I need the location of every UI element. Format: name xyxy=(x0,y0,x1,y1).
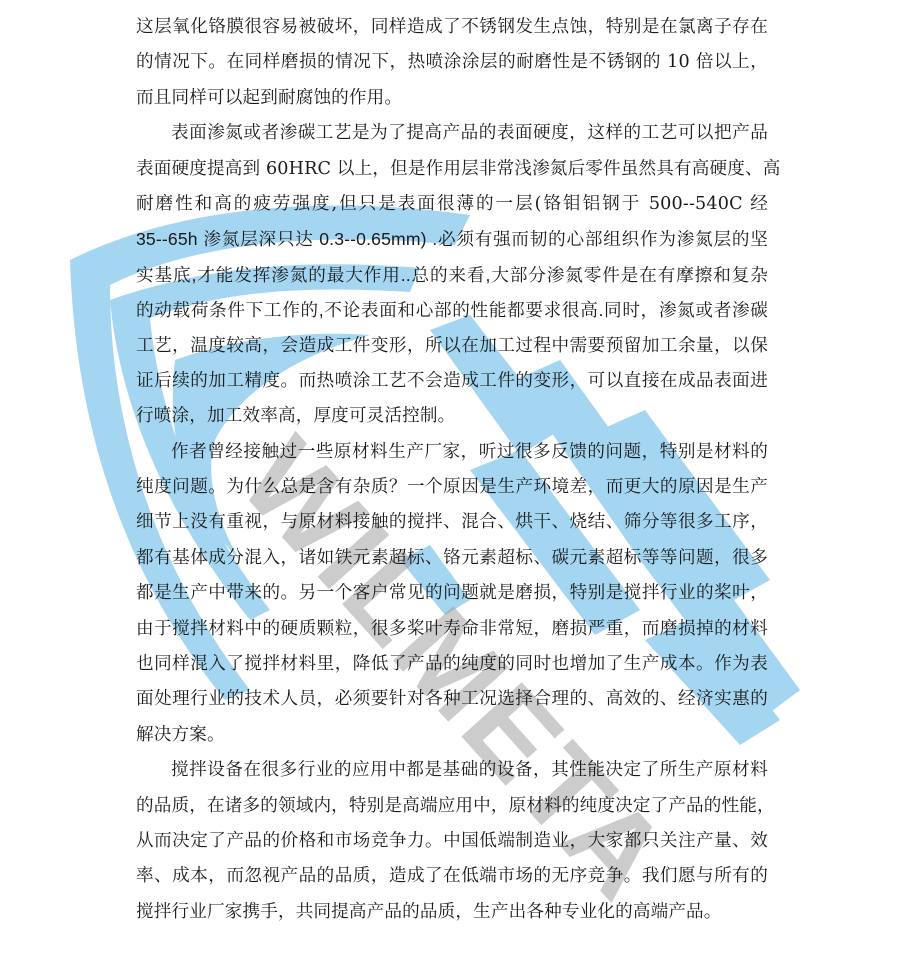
text-line: 耐磨性和高的疲劳强度,但只是表面很薄的一层(铬钼铝钢于 500--540C 经 xyxy=(136,187,768,222)
text-line: 都有基体成分混入，诸如铁元素超标、铬元素超标、碳元素超标等等问题，很多 xyxy=(136,541,768,576)
paragraph-2: 表面渗氮或者渗碳工艺是为了提高产品的表面硬度，这样的工艺可以把产品 表面硬度提高… xyxy=(136,116,768,435)
text-line: 而且同样可以起到耐腐蚀的作用。 xyxy=(136,81,768,116)
text-line: 都是生产中带来的。另一个客户常见的问题就是磨损，特别是搅拌行业的桨叶， xyxy=(136,576,768,611)
text-line: 搅拌行业厂家携手，共同提高产品的品质，生产出各种专业化的高端产品。 xyxy=(136,895,768,930)
text-line: 35--65h 渗氮层深只达 0.3--0.65mm) .必须有强而韧的心部组织… xyxy=(136,222,768,257)
text-line: 表面硬度提高到 60HRC 以上，但是作用层非常浅渗氮后零件虽然具有高硬度、高 xyxy=(136,152,768,187)
text-line: 作者曾经接触过一些原材料生产厂家，听过很多反馈的问题，特别是材料的 xyxy=(136,435,768,470)
text-line: 从而决定了产品的价格和市场竞争力。中国低端制造业，大家都只关注产量、效 xyxy=(136,824,768,859)
text-line: 工艺，温度较高，会造成工件变形，所以在加工过程中需要预留加工余量，以保 xyxy=(136,329,768,364)
text-line: 率、成本，而忽视产品的品质，造成了在低端市场的无序竞争。我们愿与所有的 xyxy=(136,859,768,894)
text-line: 搅拌设备在很多行业的应用中都是基础的设备，其性能决定了所生产原材料 xyxy=(136,753,768,788)
text-line: 证后续的加工精度。而热喷涂工艺不会造成工件的变形，可以直接在成品表面进 xyxy=(136,364,768,399)
text-line: 这层氧化铬膜很容易被破坏，同样造成了不锈钢发生点蚀，特别是在氯离子存在 xyxy=(136,10,768,45)
text-line: 细节上没有重视，与原材料接触的搅拌、混合、烘干、烧结、筛分等很多工序， xyxy=(136,505,768,540)
text-line: 的品质，在诸多的领域内，特别是高端应用中，原材料的纯度决定了产品的性能， xyxy=(136,789,768,824)
paragraph-3: 作者曾经接触过一些原材料生产厂家，听过很多反馈的问题，特别是材料的 纯度问题。为… xyxy=(136,435,768,754)
text-line: 实基底,才能发挥渗氮的最大作用..总的来看,大部分渗氮零件是在有摩擦和复杂 xyxy=(136,258,768,293)
text-line: 解决方案。 xyxy=(136,718,768,753)
document-page: 这层氧化铬膜很容易被破坏，同样造成了不锈钢发生点蚀，特别是在氯离子存在 的情况下… xyxy=(136,10,768,930)
text-line: 由于搅拌材料中的硬质颗粒，很多桨叶寿命非常短，磨损严重，而磨损掉的材料 xyxy=(136,612,768,647)
text-line: 面处理行业的技术人员，必须要针对各种工况选择合理的、高效的、经济实惠的 xyxy=(136,682,768,717)
text-line: 表面渗氮或者渗碳工艺是为了提高产品的表面硬度，这样的工艺可以把产品 xyxy=(136,116,768,151)
paragraph-1: 这层氧化铬膜很容易被破坏，同样造成了不锈钢发生点蚀，特别是在氯离子存在 的情况下… xyxy=(136,10,768,116)
text-line: 行喷涂，加工效率高，厚度可灵活控制。 xyxy=(136,399,768,434)
paragraph-4: 搅拌设备在很多行业的应用中都是基础的设备，其性能决定了所生产原材料 的品质，在诸… xyxy=(136,753,768,930)
text-line: 的动载荷条件下工作的,不论表面和心部的性能都要求很高.同时，渗氮或者渗碳 xyxy=(136,293,768,328)
text-line: 也同样混入了搅拌材料里，降低了产品的纯度的同时也增加了生产成本。作为表 xyxy=(136,647,768,682)
text-line: 的情况下。在同样磨损的情况下，热喷涂涂层的耐磨性是不锈钢的 10 倍以上， xyxy=(136,45,768,80)
text-line: 纯度问题。为什么总是含有杂质？一个原因是生产环境差，而更大的原因是生产 xyxy=(136,470,768,505)
